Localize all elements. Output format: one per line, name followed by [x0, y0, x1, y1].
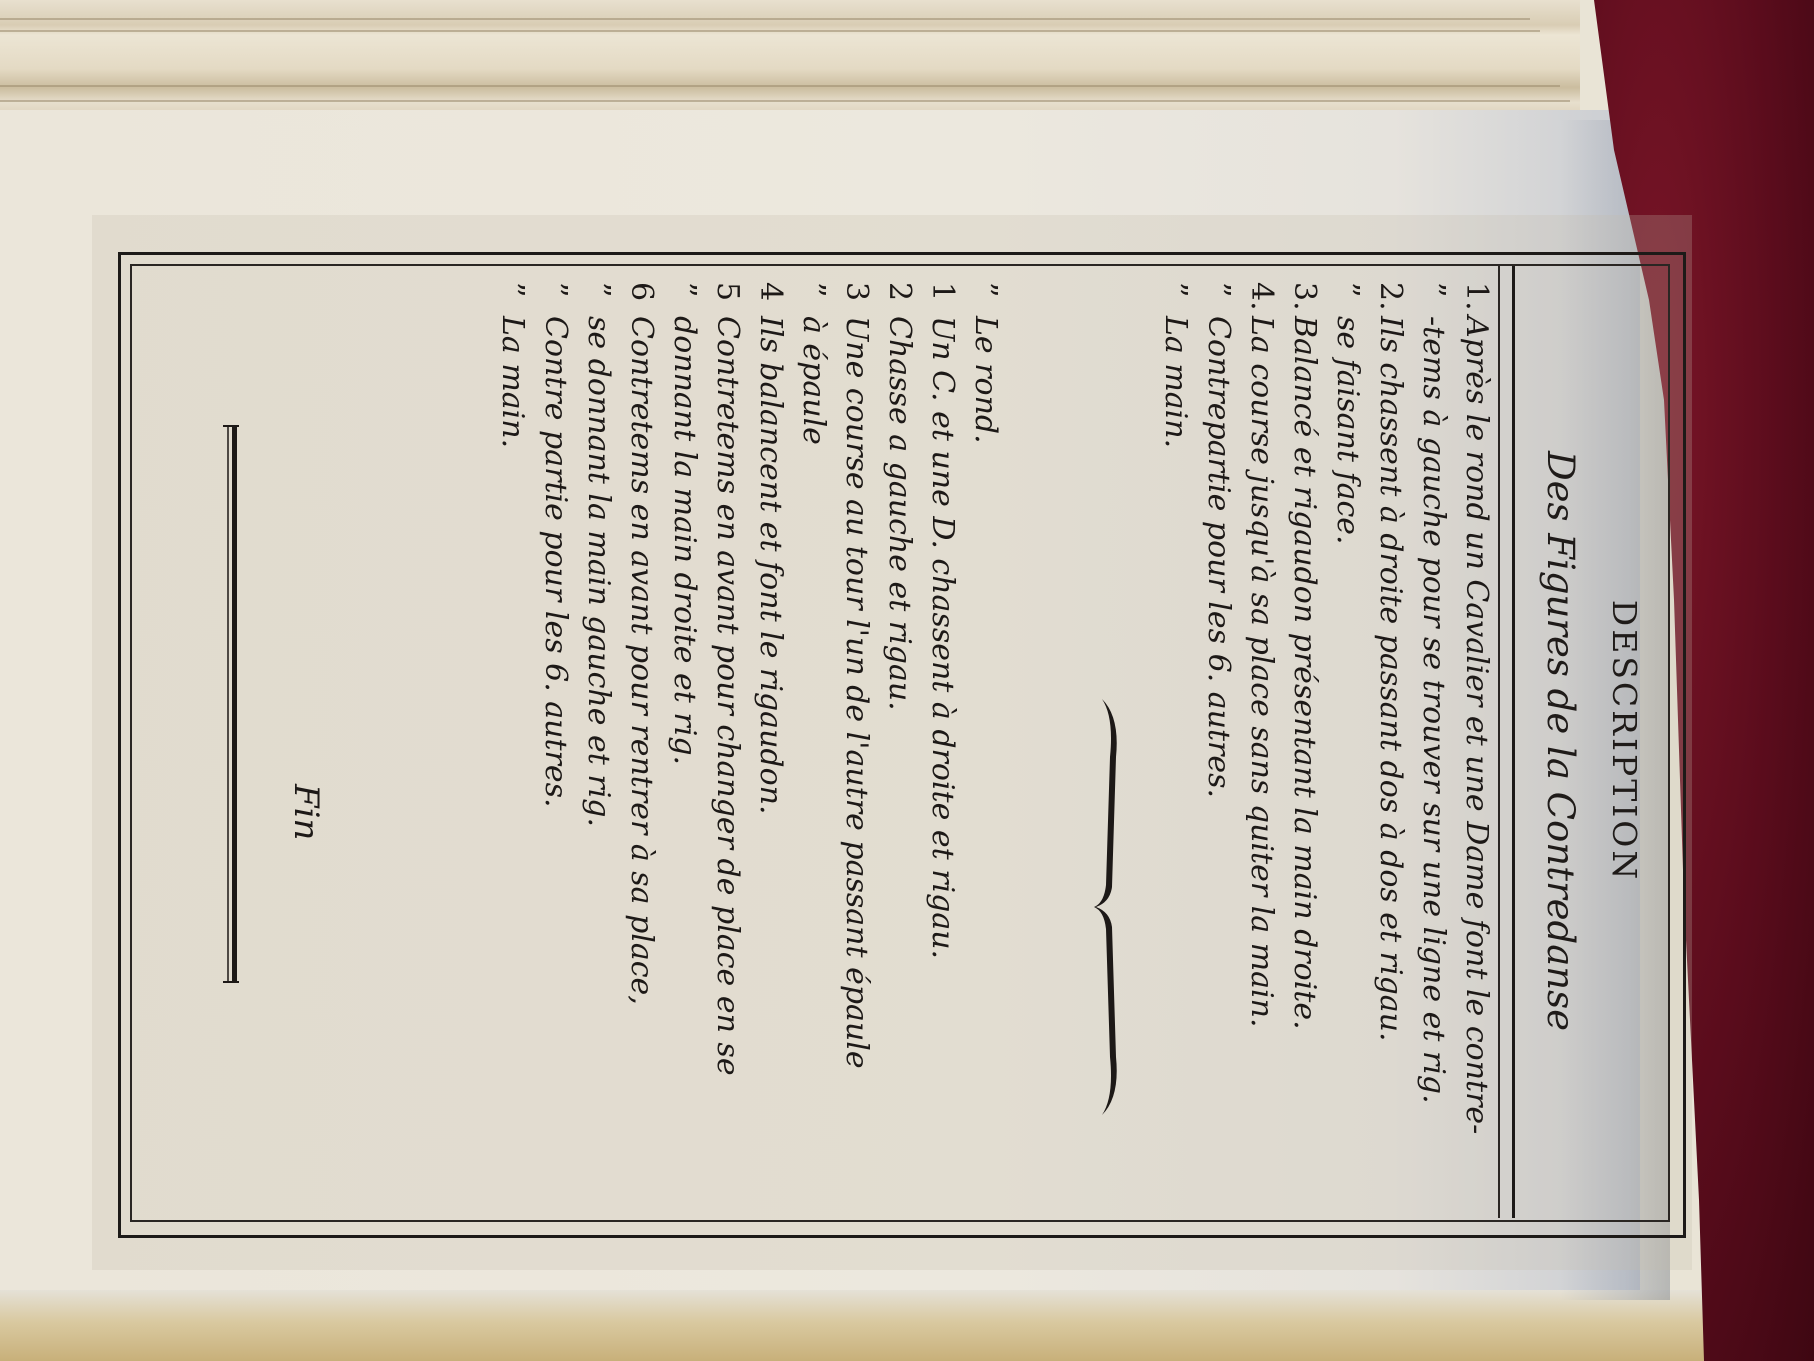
description-line: ”-tems à gauche pour se trouver sur une … — [1412, 282, 1455, 1212]
section-gap — [1007, 282, 1154, 1212]
figure-descriptions: 1.Après le rond un Cavalier et une Dame … — [491, 282, 1498, 1212]
description-line: 4.La course jusqu'à sa place sans quiter… — [1240, 282, 1283, 1212]
rotated-text-block: DESCRIPTION Des Figures de la Contredans… — [130, 264, 1666, 1218]
page-edge — [0, 30, 1540, 32]
page-edge — [0, 85, 1560, 87]
description-line: ”à épaule — [792, 282, 835, 1212]
description-line: ”Contre partie pour les 6. autres. — [534, 282, 577, 1212]
description-line: ”donnant la main droite et rig. — [663, 282, 706, 1212]
page-subtitle: Des Figures de la Contredanse — [1539, 264, 1582, 1218]
description-line: ”se faisant face. — [1326, 282, 1369, 1212]
description-line: ”Le rond. — [964, 282, 1007, 1212]
page-edge — [0, 100, 1570, 102]
page-title: DESCRIPTION — [1605, 264, 1644, 1218]
page-edge — [0, 18, 1530, 20]
description-line: ”se donnant la main gauche et rig. — [577, 282, 620, 1212]
closing-fin: Fin — [286, 784, 326, 840]
underlying-pages — [0, 0, 1580, 125]
description-line: ”La main. — [491, 282, 534, 1212]
description-line: 3Une course au tour l'un de l'autre pass… — [835, 282, 878, 1212]
description-line: ”La main. — [1154, 282, 1197, 1212]
description-line: 4Ils balancent et font le rigaudon. — [749, 282, 792, 1212]
description-line: 5Contretems en avant pour changer de pla… — [706, 282, 749, 1212]
description-line: 2.Ils chassent à droite passant dos à do… — [1369, 282, 1412, 1212]
page-bottom-edge — [0, 1290, 1814, 1361]
double-rule-ornament-icon — [221, 424, 241, 984]
description-line: 2Chasse a gauche et rigau. — [878, 282, 921, 1212]
brace-ornament-icon — [1092, 697, 1132, 1117]
description-line: 6Contretems en avant pour rentrer à sa p… — [620, 282, 663, 1212]
description-line: 1.Après le rond un Cavalier et une Dame … — [1455, 282, 1498, 1212]
description-line: ”Contrepartie pour les 6. autres. — [1197, 282, 1240, 1212]
description-line: 1Un C. et une D. chassent à droite et ri… — [921, 282, 964, 1212]
description-line: 3.Balancé et rigaudon présentant la main… — [1283, 282, 1326, 1212]
